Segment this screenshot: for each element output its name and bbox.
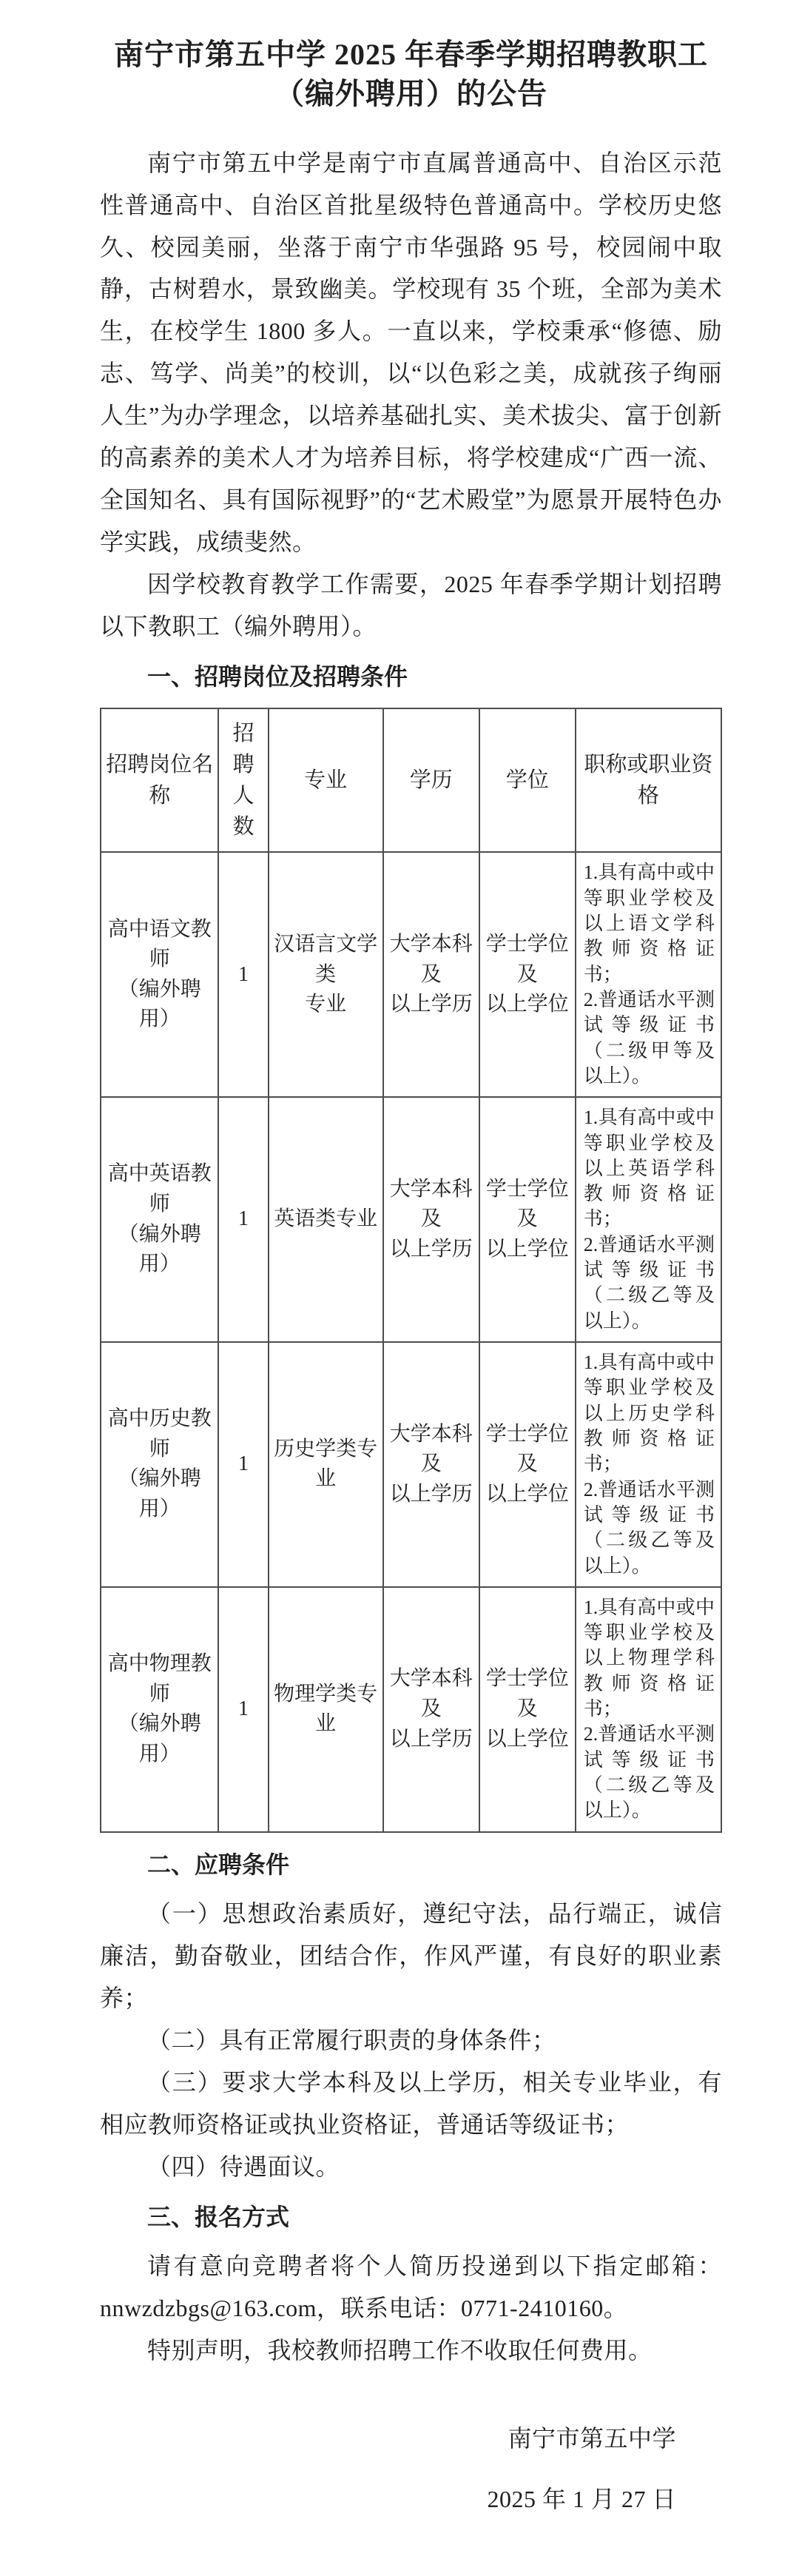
- table-row-english-teacher: 高中英语教师 （编外聘用） 1 英语类专业 大学本科及 以上学历 学士学位及 以…: [101, 1097, 721, 1342]
- cell-education: 大学本科及 以上学历: [383, 1097, 479, 1342]
- cell-education: 大学本科及 以上学历: [383, 1342, 479, 1587]
- col-header-major: 专业: [269, 708, 383, 852]
- col-header-headcount: 招聘 人数: [218, 708, 268, 852]
- signature-block: 南宁市第五中学 2025 年 1 月 27 日: [100, 2421, 722, 2517]
- col-header-position-name: 招聘岗位名称: [101, 708, 218, 852]
- table-row-history-teacher: 高中历史教师 （编外聘用） 1 历史学类专业 大学本科及 以上学历 学士学位及 …: [101, 1342, 721, 1587]
- condition-item-1: （一）思想政治素质好，遵纪守法，品行端正，诚信廉洁，勤奋敬业，团结合作，作风严谨…: [100, 1893, 722, 2019]
- cell-position: 高中历史教师 （编外聘用）: [101, 1342, 218, 1587]
- condition-item-4: （四）待遇面议。: [100, 2146, 722, 2188]
- condition-item-2: （二）具有正常履行职责的身体条件；: [100, 2019, 722, 2062]
- signature-date: 2025 年 1 月 27 日: [100, 2481, 676, 2517]
- disclaimer-paragraph: 特别声明，我校教师招聘工作不收取任何费用。: [100, 2330, 722, 2372]
- table-row-chinese-teacher: 高中语文教师 （编外聘用） 1 汉语言文学类 专业 大学本科及 以上学历 学士学…: [101, 852, 721, 1097]
- section3-heading: 三、报名方式: [100, 2198, 722, 2236]
- col-header-degree: 学位: [479, 708, 576, 852]
- cell-education: 大学本科及 以上学历: [383, 852, 479, 1097]
- cell-qualification: 1.具有高中或中等职业学校及以上物理学科教师资格证书； 2.普通话水平测试等级证…: [576, 1587, 721, 1832]
- section2-heading: 二、应聘条件: [100, 1846, 722, 1884]
- col-header-education: 学历: [383, 708, 479, 852]
- page-title: 南宁市第五中学 2025 年春季学期招聘教职工 （编外聘用）的公告: [100, 36, 722, 114]
- cell-degree: 学士学位及 以上学位: [479, 1097, 576, 1342]
- cell-qualification: 1.具有高中或中等职业学校及以上历史学科教师资格证书； 2.普通话水平测试等级证…: [576, 1342, 721, 1587]
- cell-headcount: 1: [218, 1097, 268, 1342]
- cell-major: 英语类专业: [269, 1097, 383, 1342]
- cell-major: 历史学类专业: [269, 1342, 383, 1587]
- page-title-line-1: 南宁市第五中学 2025 年春季学期招聘教职工: [100, 36, 722, 75]
- cell-qualification: 1.具有高中或中等职业学校及以上语文学科教师资格证书； 2.普通话水平测试等级证…: [576, 852, 721, 1097]
- table-row-physics-teacher: 高中物理教师 （编外聘用） 1 物理学类专业 大学本科及 以上学历 学士学位及 …: [101, 1587, 721, 1832]
- cell-major: 汉语言文学类 专业: [269, 852, 383, 1097]
- cell-headcount: 1: [218, 1342, 268, 1587]
- cell-qualification: 1.具有高中或中等职业学校及以上英语学科教师资格证书； 2.普通话水平测试等级证…: [576, 1097, 721, 1342]
- section1-heading: 一、招聘岗位及招聘条件: [100, 658, 722, 696]
- cell-position: 高中语文教师 （编外聘用）: [101, 852, 218, 1097]
- cell-degree: 学士学位及 以上学位: [479, 1342, 576, 1587]
- cell-headcount: 1: [218, 1587, 268, 1832]
- cell-position: 高中物理教师 （编外聘用）: [101, 1587, 218, 1832]
- cell-major: 物理学类专业: [269, 1587, 383, 1832]
- table-header-row: 招聘岗位名称 招聘 人数 专业 学历 学位 职称或职业资格: [101, 708, 721, 852]
- cell-degree: 学士学位及 以上学位: [479, 852, 576, 1097]
- page-title-line-2: （编外聘用）的公告: [100, 75, 722, 114]
- intro-paragraph-1: 南宁市第五中学是南宁市直属普通高中、自治区示范性普通高中、自治区首批星级特色普通…: [100, 142, 722, 564]
- col-header-qualification: 职称或职业资格: [576, 708, 721, 852]
- cell-position: 高中英语教师 （编外聘用）: [101, 1097, 218, 1342]
- condition-item-3: （三）要求大学本科及以上学历，相关专业毕业，有相应教师资格证或执业资格证，普通话…: [100, 2062, 722, 2146]
- signature-school: 南宁市第五中学: [100, 2421, 676, 2456]
- application-paragraph: 请有意向竞聘者将个人简历投递到以下指定邮箱：nnwzdzbgs@163.com，…: [100, 2245, 722, 2330]
- cell-education: 大学本科及 以上学历: [383, 1587, 479, 1832]
- announcement-document: 南宁市第五中学 2025 年春季学期招聘教职工 （编外聘用）的公告 南宁市第五中…: [0, 0, 799, 2576]
- recruitment-positions-table: 招聘岗位名称 招聘 人数 专业 学历 学位 职称或职业资格 高中语文教师 （编外…: [100, 708, 722, 1832]
- cell-headcount: 1: [218, 852, 268, 1097]
- intro-paragraph-2: 因学校教育教学工作需要，2025 年春季学期计划招聘以下教职工（编外聘用）。: [100, 563, 722, 648]
- cell-degree: 学士学位及 以上学位: [479, 1587, 576, 1832]
